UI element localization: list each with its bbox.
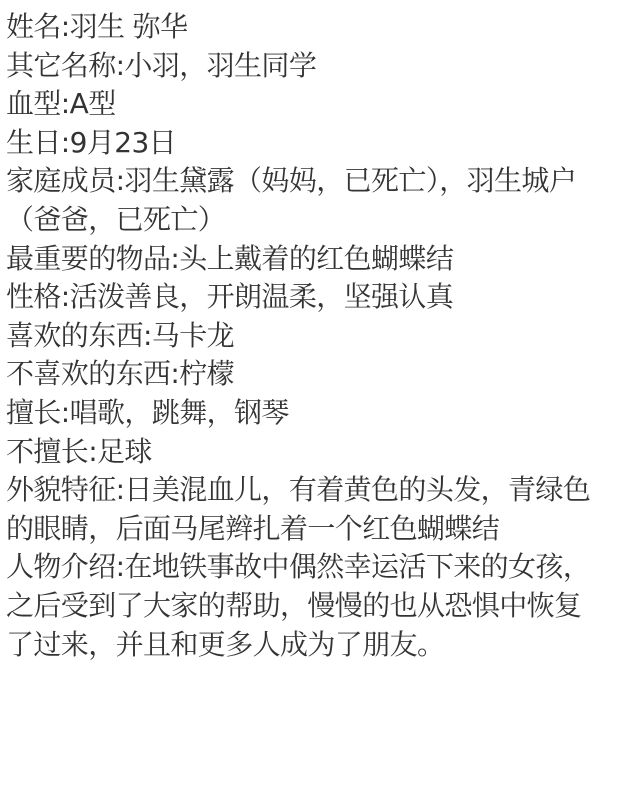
appearance-line-continued: 的眼睛，后面马尾辫扎着一个红色蝴蝶结 [6, 510, 638, 549]
family-line-continued: （爸爸，已死亡） [6, 201, 638, 240]
weaknesses-line: 不擅长:足球 [6, 433, 638, 472]
other-names-line: 其它名称:小羽，羽生同学 [6, 47, 638, 86]
introduction-line-continued-2: 了过来，并且和更多人成为了朋友。 [6, 626, 638, 665]
likes-line: 喜欢的东西:马卡龙 [6, 317, 638, 356]
introduction-line: 人物介绍:在地铁事故中偶然幸运活下来的女孩， [6, 548, 638, 587]
birthday-line: 生日:9月23日 [6, 124, 638, 163]
important-item-line: 最重要的物品:头上戴着的红色蝴蝶结 [6, 240, 638, 279]
dislikes-line: 不喜欢的东西:柠檬 [6, 355, 638, 394]
family-line: 家庭成员:羽生黛露（妈妈，已死亡），羽生城户 [6, 162, 638, 201]
blood-type-line: 血型:A型 [6, 85, 638, 124]
name-line: 姓名:羽生 弥华 [6, 8, 638, 47]
character-profile: 姓名:羽生 弥华 其它名称:小羽，羽生同学 血型:A型 生日:9月23日 家庭成… [6, 8, 638, 664]
introduction-line-continued-1: 之后受到了大家的帮助，慢慢的也从恐惧中恢复 [6, 587, 638, 626]
appearance-line: 外貌特征:日美混血儿，有着黄色的头发，青绿色 [6, 471, 638, 510]
skills-line: 擅长:唱歌，跳舞，钢琴 [6, 394, 638, 433]
personality-line: 性格:活泼善良，开朗温柔，坚强认真 [6, 278, 638, 317]
